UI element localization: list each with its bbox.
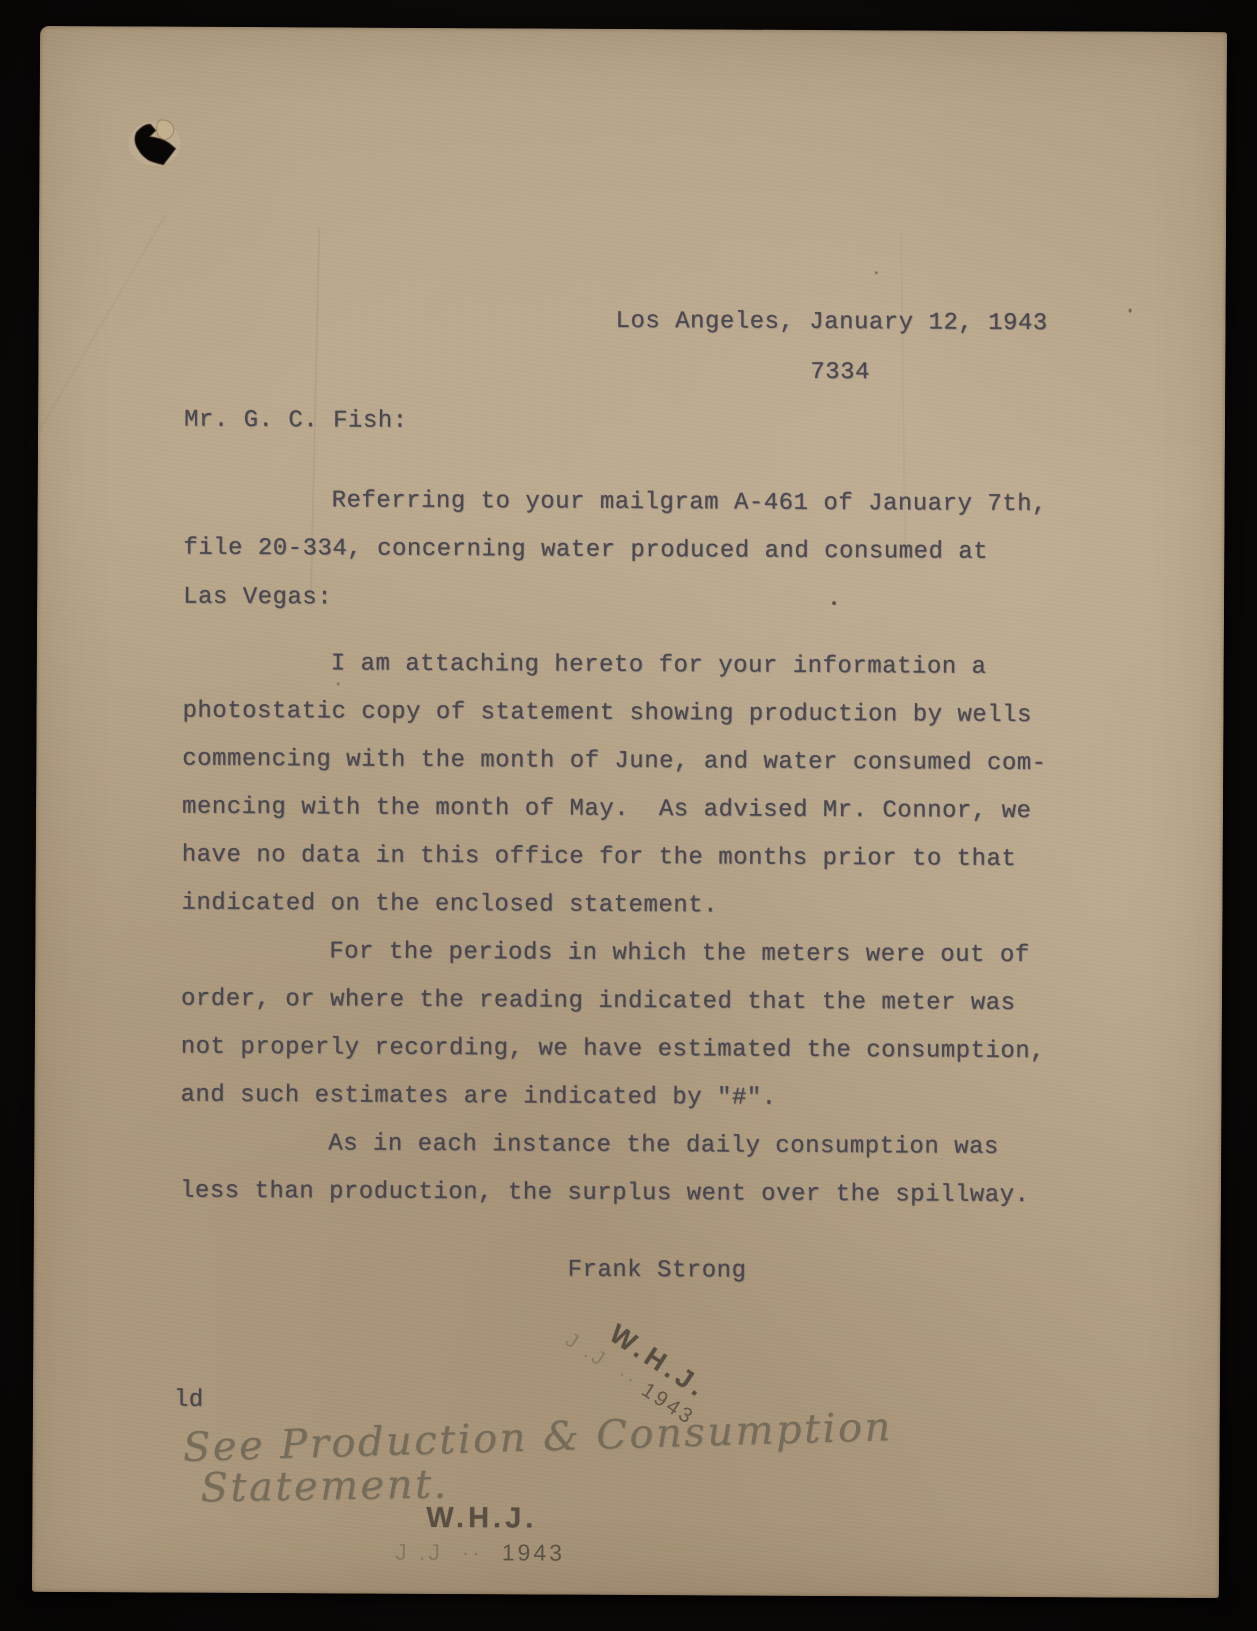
body-line: less than production, the surplus went o… (180, 1179, 1030, 1209)
scan-background: { "letter": { "dateline": "Los Angeles, … (0, 0, 1257, 1631)
body-line: file 20-334, concerning water produced a… (183, 536, 988, 566)
body-line: Las Vegas: (183, 585, 332, 612)
paper-speck (1129, 309, 1132, 313)
signature: Frank Strong (568, 1258, 747, 1285)
body-line: not properly recording, we have estimate… (181, 1035, 1045, 1066)
paper-speck (337, 682, 340, 685)
typist-initials: ld (174, 1388, 204, 1414)
body-line: For the periods in which the meters were… (329, 939, 1030, 969)
body-line: and such estimates are indicated by "#". (180, 1083, 776, 1112)
handwritten-note-line1: See Production & Consumption (182, 1404, 893, 1471)
dateline: Los Angeles, January 12, 1943 (615, 309, 1047, 337)
body-line: As in each instance the daily consumptio… (328, 1131, 999, 1161)
body-line: commencing with the month of June, and w… (182, 747, 1046, 778)
stamp-date: J .J ·· 1943 (395, 1539, 565, 1567)
letter-paper: Los Angeles, January 12, 1943 7334 Mr. G… (32, 26, 1227, 1598)
punch-hole (124, 118, 188, 178)
stamp-date-faded: J .J ·· (395, 1539, 483, 1565)
body-line: photostatic copy of statement showing pr… (182, 699, 1032, 729)
salutation: Mr. G. C. Fish: (184, 408, 408, 435)
stamp-date-year: 1943 (502, 1539, 565, 1565)
body-line: order, or where the reading indicated th… (181, 987, 1016, 1017)
paper-speck (875, 271, 878, 274)
body-line: I am attaching hereto for your informati… (331, 651, 987, 680)
body-line: mencing with the month of May. As advise… (182, 795, 1032, 825)
paper-crease (29, 214, 167, 448)
bottom-date-stamp: W.H.J. J .J ·· 1943 (426, 1502, 565, 1567)
body-line: Referring to your mailgram A-461 of Janu… (332, 488, 1047, 518)
body-line: indicated on the enclosed statement. (181, 891, 718, 920)
file-number: 7334 (810, 360, 870, 386)
body-line: have no data in this office for the mont… (182, 843, 1017, 873)
paper-speck (832, 601, 836, 605)
handwritten-note-line2: Statement. (200, 1461, 449, 1511)
